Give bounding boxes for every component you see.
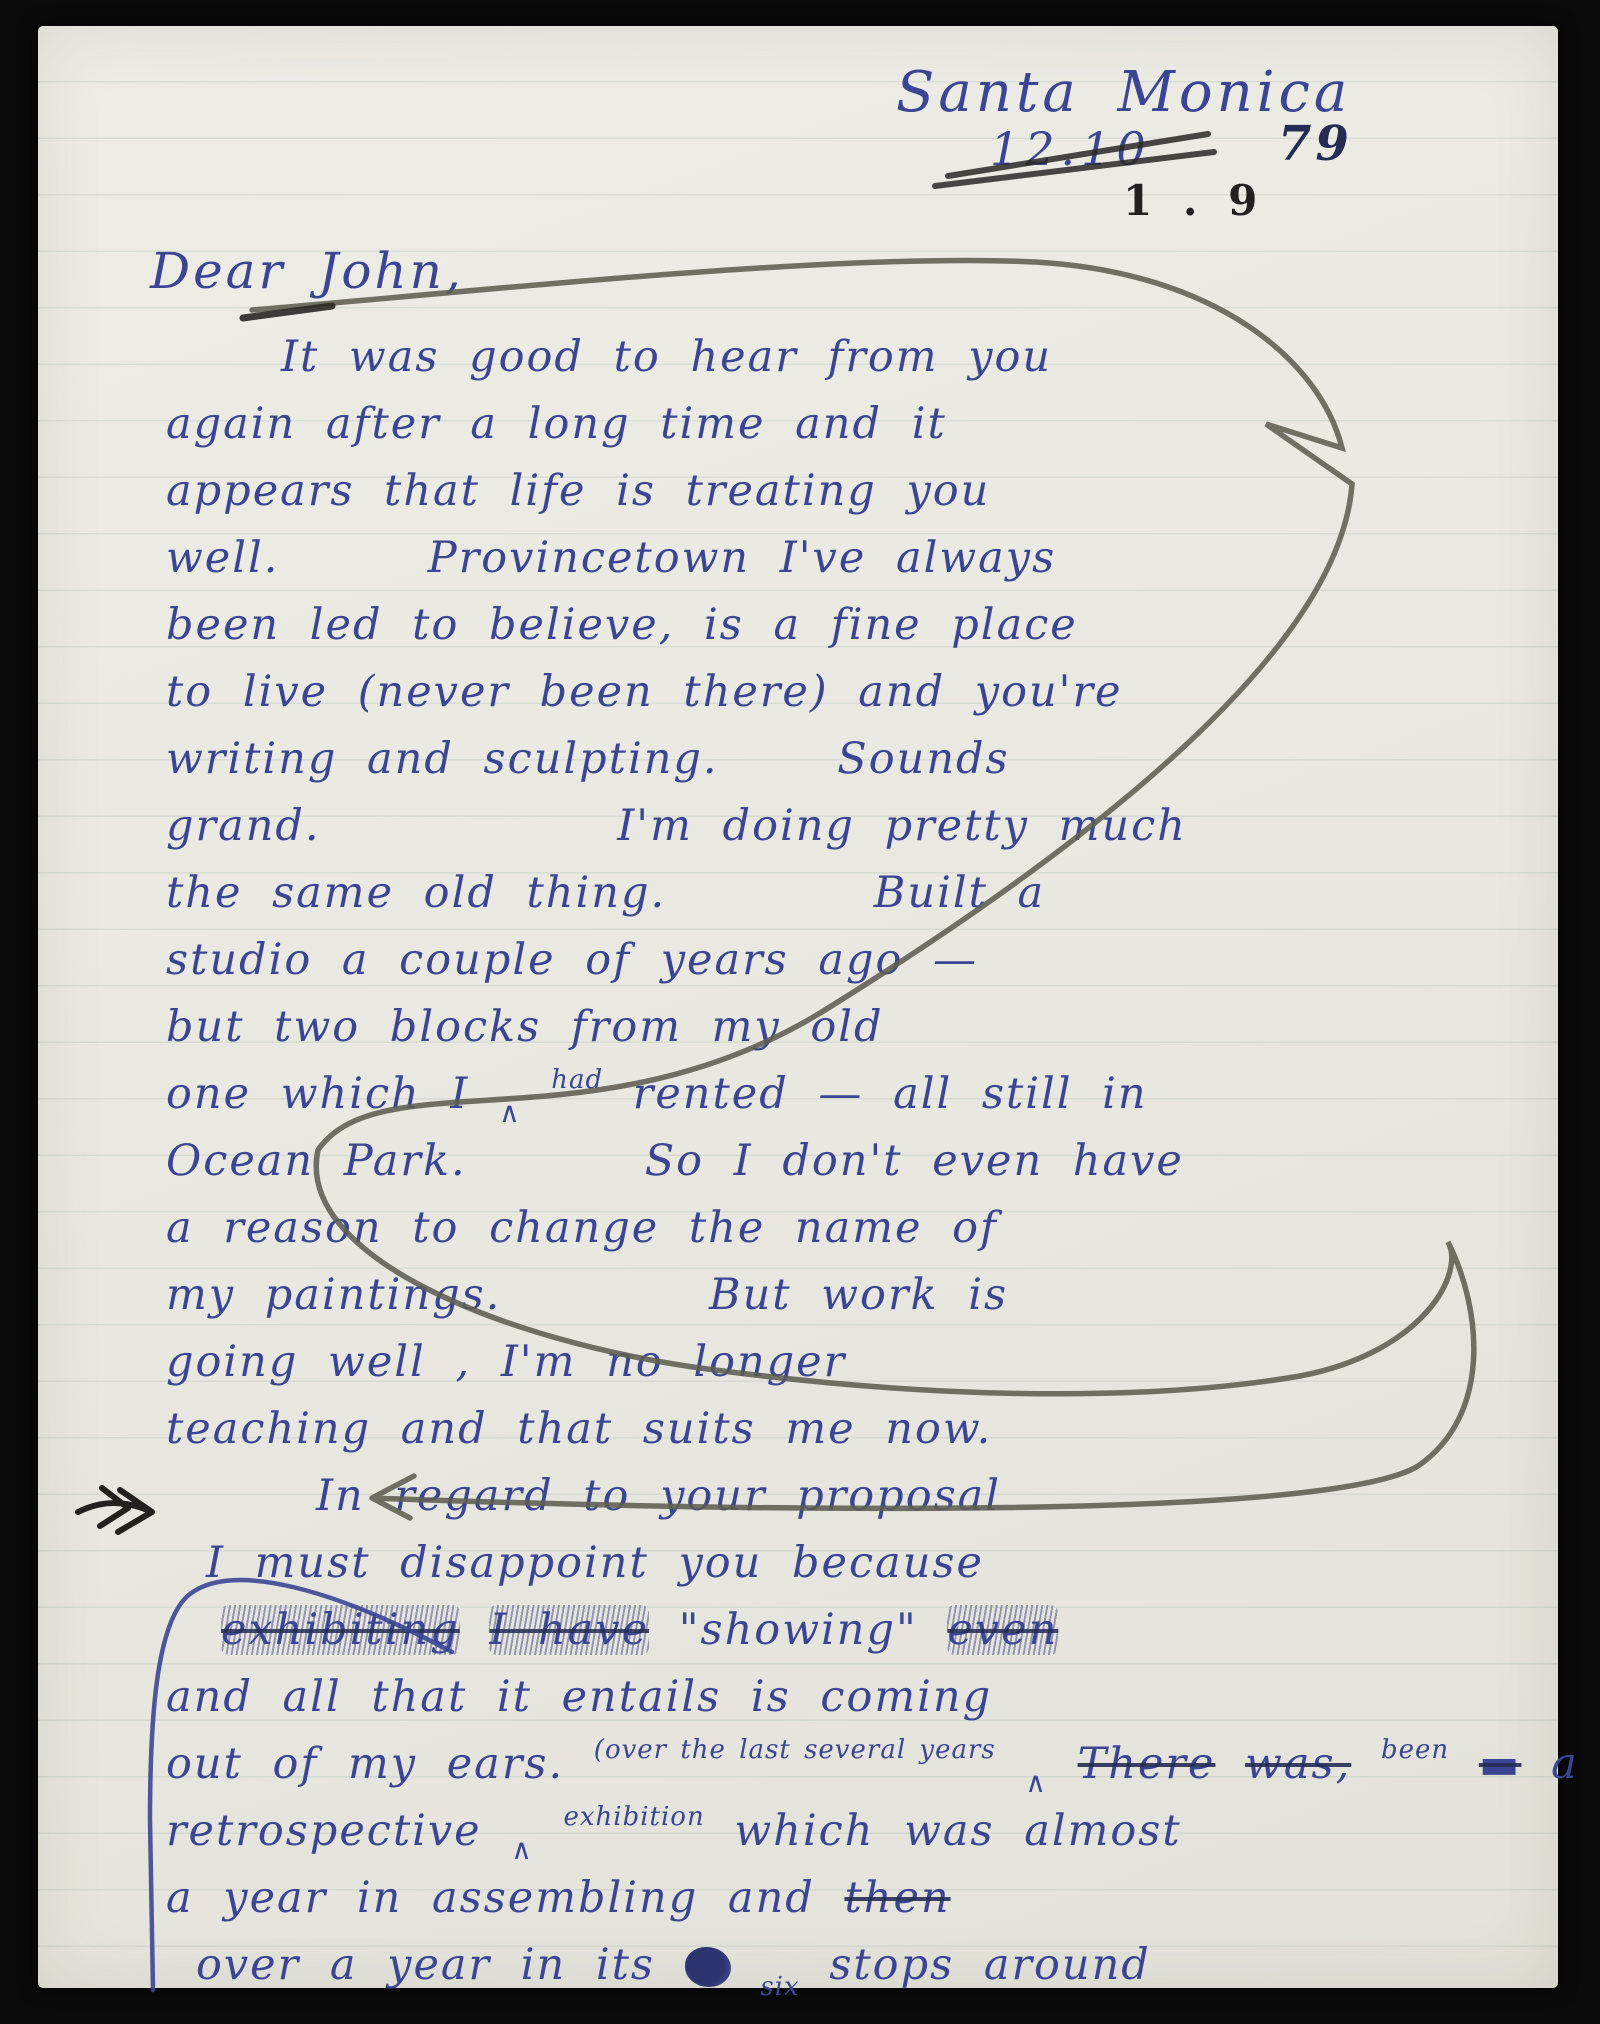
handwritten-text: been	[1381, 1735, 1449, 1765]
handwritten-text: teaching and that suits me now.	[166, 1404, 992, 1454]
handwritten-text: well. Provincetown I've always	[166, 533, 1056, 583]
letter-line: the same old thing. Built a	[166, 860, 1586, 927]
handwritten-text: but two blocks from my old	[166, 1002, 884, 1052]
letter-date-year: 79	[1278, 116, 1353, 172]
letter-line: writing and sculpting. Sounds	[166, 726, 1586, 793]
handwritten-text: studio a couple of years ago —	[166, 935, 978, 985]
letter-line: over a year in its six stops around	[166, 1932, 1586, 1999]
handwritten-text: my paintings. But work is	[166, 1270, 1008, 1320]
letter-date-revised: 1 . 9	[1123, 176, 1265, 225]
letter-date-struck: 12.10	[990, 122, 1152, 176]
handwritten-text: It was good to hear from you	[281, 332, 1052, 382]
letter-line: my paintings. But work is	[166, 1262, 1586, 1329]
handwritten-text: again after a long time and it	[166, 399, 947, 449]
handwritten-text: over a year in its	[196, 1940, 655, 1990]
letter-line: out of my ears. (over the last several y…	[166, 1731, 1586, 1798]
handwritten-text: grand. I'm doing pretty much	[166, 801, 1187, 851]
handwritten-text: a	[1551, 1739, 1579, 1789]
letter-line: studio a couple of years ago —	[166, 927, 1586, 994]
handwritten-text: I must disappoint you because	[206, 1538, 984, 1588]
ink-blob-mark	[685, 1947, 731, 1987]
handwritten-text: been led to believe, is a fine place	[166, 600, 1078, 650]
letter-line: In regard to your proposal	[166, 1463, 1586, 1530]
letter-line: I must disappoint you because	[166, 1530, 1586, 1597]
handwritten-text: a reason to change the name of	[166, 1203, 998, 1253]
handwritten-text: writing and sculpting. Sounds	[166, 734, 1010, 784]
letter-line: going well , I'm no longer	[166, 1329, 1586, 1396]
handwritten-text: "showing"	[679, 1605, 918, 1655]
handwritten-text: appears that life is treating you	[166, 466, 990, 516]
letter-line: and all that it entails is coming	[166, 1664, 1586, 1731]
letter-line: appears that life is treating you	[166, 458, 1586, 525]
handwritten-text: the same old thing. Built a	[166, 868, 1045, 918]
handwritten-text: exhibition	[563, 1802, 704, 1832]
letter-line: one which I ∧ had rented — all still in	[166, 1061, 1586, 1128]
letter-salutation: Dear John,	[150, 242, 464, 300]
letter-line: retrospective ∧ exhibition which was alm…	[166, 1798, 1586, 1865]
handwritten-text: and all that it entails is coming	[166, 1672, 992, 1722]
handwritten-text: one which I	[166, 1069, 469, 1119]
handwritten-text: ∧	[511, 1833, 534, 1866]
handwritten-text: going well , I'm no longer	[166, 1337, 846, 1387]
letter-line: Ocean Park. So I don't even have	[166, 1128, 1586, 1195]
photo-backdrop: Santa Monica 12.10 79 1 . 9 Dear John, I…	[0, 0, 1600, 2024]
handwritten-text: six	[760, 1972, 799, 2002]
letter-body: It was good to hear from you again after…	[166, 324, 1586, 1999]
handwritten-text: to live (never been there) and you're	[166, 667, 1123, 717]
handwritten-text: had	[551, 1065, 603, 1095]
handwritten-text: rented — all still in	[633, 1069, 1148, 1119]
letter-line: but two blocks from my old	[166, 994, 1586, 1061]
letter-line: a year in assembling and then	[166, 1865, 1586, 1932]
handwritten-text: (over the last several years	[594, 1735, 996, 1765]
letter-line: to live (never been there) and you're	[166, 659, 1586, 726]
handwritten-text: Ocean Park. So I don't even have	[166, 1136, 1184, 1186]
handwritten-text: In regard to your proposal	[316, 1471, 1001, 1521]
letter-line: been led to believe, is a fine place	[166, 592, 1586, 659]
handwritten-text: stops around	[829, 1940, 1151, 1990]
handwritten-text: retrospective	[166, 1806, 482, 1856]
handwritten-text: which was almost	[734, 1806, 1181, 1856]
handwritten-text: ▬	[1479, 1739, 1522, 1789]
letter-paper: Santa Monica 12.10 79 1 . 9 Dear John, I…	[38, 26, 1558, 1988]
handwritten-text: then	[844, 1873, 950, 1923]
handwritten-text: ∧	[499, 1096, 522, 1129]
handwritten-text: even	[947, 1605, 1058, 1655]
letter-line: exhibiting I have "showing" even	[166, 1597, 1586, 1664]
handwritten-text: ∧	[1025, 1766, 1048, 1799]
letter-line: grand. I'm doing pretty much	[166, 793, 1586, 860]
letter-line: again after a long time and it	[166, 391, 1586, 458]
letter-line: well. Provincetown I've always	[166, 525, 1586, 592]
handwritten-text: out of my ears.	[166, 1739, 564, 1789]
handwritten-text: exhibiting	[221, 1605, 460, 1655]
letter-line: teaching and that suits me now.	[166, 1396, 1586, 1463]
handwritten-text: I have	[489, 1605, 649, 1655]
letter-line: It was good to hear from you	[166, 324, 1586, 391]
letter-line: a reason to change the name of	[166, 1195, 1586, 1262]
handwritten-text: There	[1078, 1739, 1216, 1789]
handwritten-text: a year in assembling and	[166, 1873, 815, 1923]
handwritten-text: was,	[1245, 1739, 1351, 1789]
